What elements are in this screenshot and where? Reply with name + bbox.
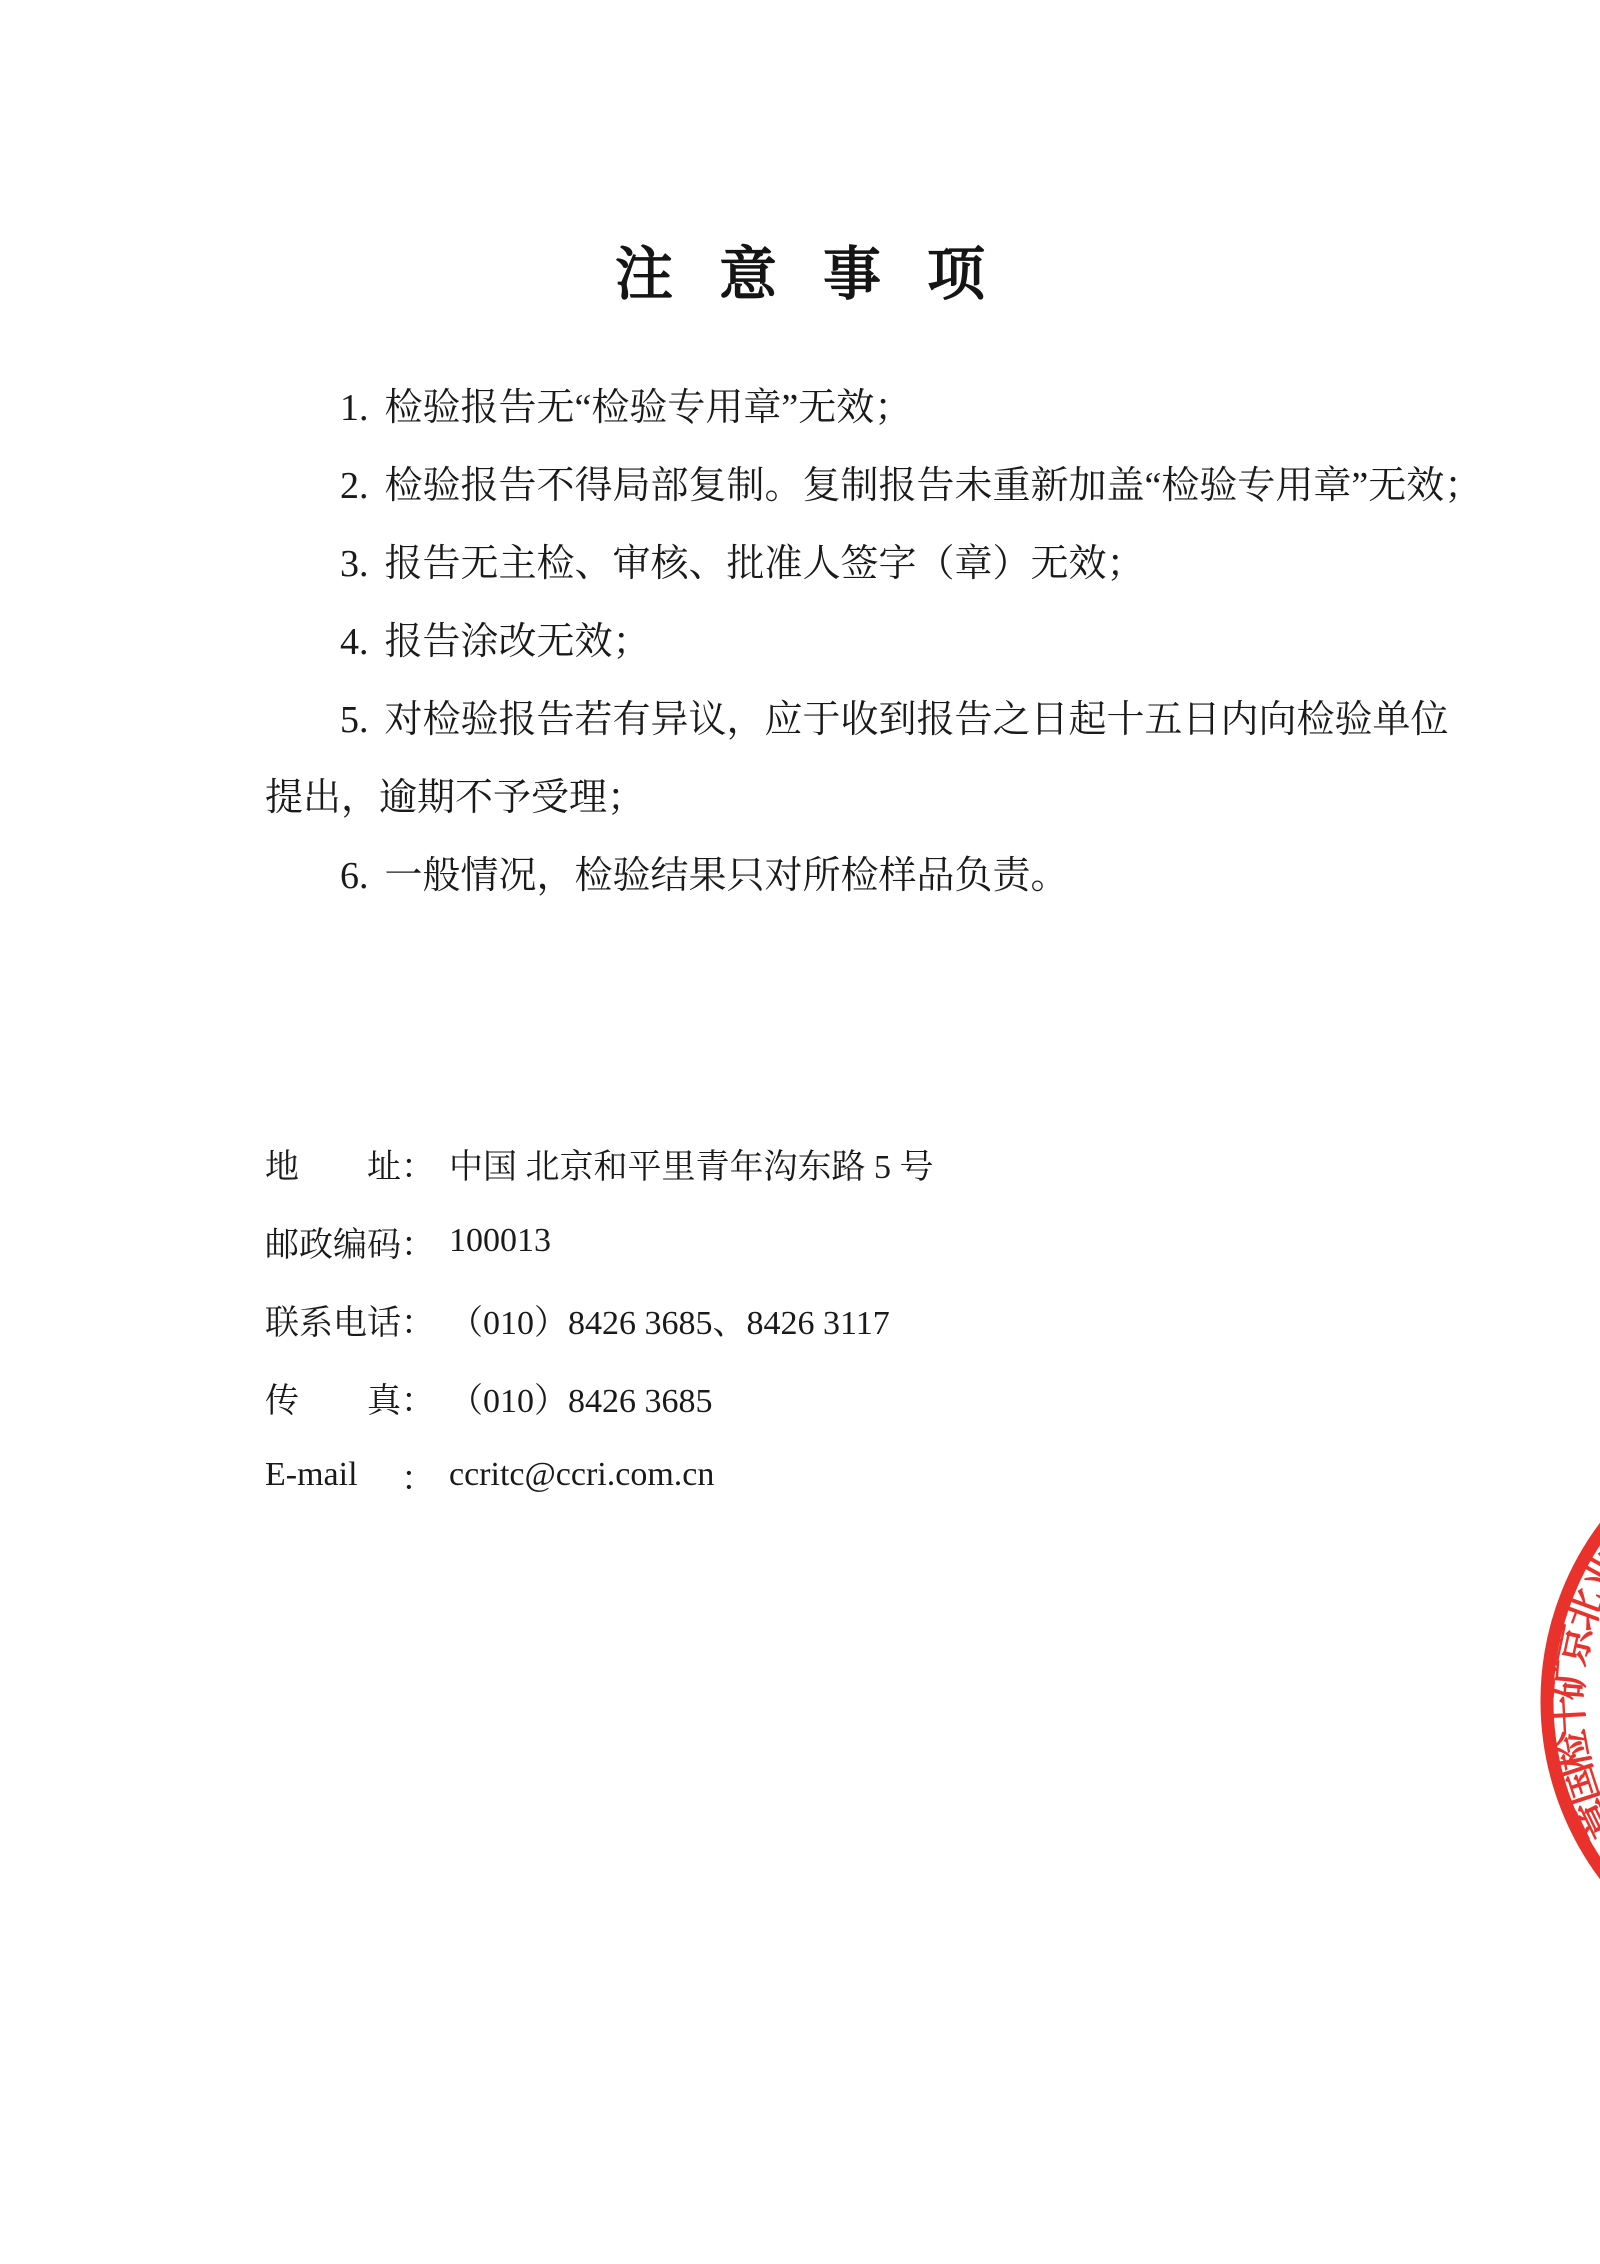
page-title: 注意事项 bbox=[0, 0, 1600, 306]
red-seal-stamp: 业北京矿十检国章 bbox=[1380, 1380, 1600, 1980]
contact-value: 100013 bbox=[449, 1222, 551, 1260]
contact-value: ccritc@ccri.com.cn bbox=[449, 1456, 714, 1494]
contact-label: 地址 bbox=[265, 1139, 401, 1188]
notice-item-line: 6.一般情况，检验结果只对所检样品负责。 bbox=[265, 837, 1455, 915]
notice-item-number: 2. bbox=[340, 447, 369, 525]
contact-colon: ： bbox=[401, 1139, 435, 1188]
contact-label: 传真 bbox=[265, 1373, 401, 1422]
notice-item-line: 1.检验报告无“检验专用章”无效； bbox=[265, 369, 1455, 447]
contact-colon: ： bbox=[401, 1295, 435, 1344]
contact-row: 邮政编码：100013 bbox=[265, 1202, 1600, 1280]
contact-value: （010）8426 3685、8426 3117 bbox=[449, 1295, 890, 1344]
notice-item-wrap-line: 提出，逾期不予受理； bbox=[265, 759, 1455, 837]
contact-colon: ： bbox=[401, 1217, 435, 1266]
notice-item-number: 5. bbox=[340, 681, 369, 759]
notice-item-line: 3.报告无主检、审核、批准人签字（章）无效； bbox=[265, 525, 1455, 603]
seal-arc-glyphs: 业北京矿十检国章 bbox=[1545, 1542, 1600, 1846]
contact-row: 地址：中国 北京和平里青年沟东路 5 号 bbox=[265, 1124, 1600, 1202]
notice-item-number: 4. bbox=[340, 603, 369, 681]
notice-item-number: 1. bbox=[340, 369, 369, 447]
contact-value: （010）8426 3685 bbox=[449, 1373, 713, 1422]
notice-item-line: 4.报告涂改无效； bbox=[265, 603, 1455, 681]
contact-label: 邮政编码 bbox=[265, 1217, 401, 1266]
notice-item-number: 6. bbox=[340, 837, 369, 915]
contact-value: 中国 北京和平里青年沟东路 5 号 bbox=[449, 1139, 934, 1188]
contact-row: 联系电话：（010）8426 3685、8426 3117 bbox=[265, 1280, 1600, 1358]
notice-list: 1.检验报告无“检验专用章”无效；2.检验报告不得局部复制。复制报告未重新加盖“… bbox=[265, 369, 1455, 915]
notice-item-line: 2.检验报告不得局部复制。复制报告未重新加盖“检验专用章”无效； bbox=[265, 447, 1455, 525]
document-page: 注意事项 1.检验报告无“检验专用章”无效；2.检验报告不得局部复制。复制报告未… bbox=[0, 0, 1600, 2264]
contact-colon: ： bbox=[401, 1451, 435, 1500]
contact-colon: ： bbox=[401, 1373, 435, 1422]
contact-label: E-mail bbox=[265, 1456, 401, 1494]
notice-item-number: 3. bbox=[340, 525, 369, 603]
contact-label: 联系电话 bbox=[265, 1295, 401, 1344]
notice-item-line: 5.对检验报告若有异议，应于收到报告之日起十五日内向检验单位 bbox=[265, 681, 1455, 759]
